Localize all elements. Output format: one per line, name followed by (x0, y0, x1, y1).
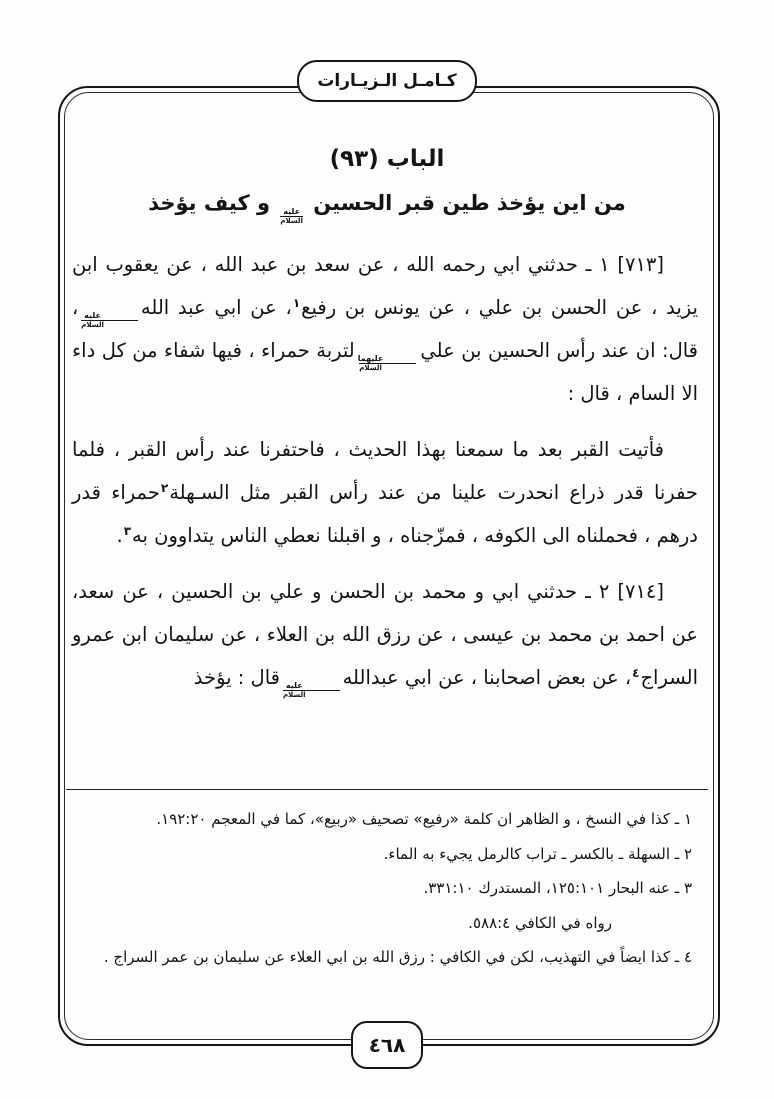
footnote-divider (66, 789, 708, 790)
footnote-2: ٢ ـ السهلة ـ بالكسر ـ تراب كالرمل يجيء ب… (80, 837, 692, 872)
hadith-713-cont-text: . (117, 524, 123, 547)
scanned-book-page: كـامـل الـزيـارات الباب (٩٣) من اين يؤخذ… (0, 0, 774, 1099)
footnotes-block: ١ ـ كذا في النسخ ، و الظاهر ان كلمة «رفي… (80, 802, 692, 975)
honorific-alayhis-salam: عليهالسلام (81, 312, 138, 329)
chapter-heading: الباب (٩٣) من اين يؤخذ طين قبر الحسين عل… (74, 146, 700, 225)
chapter-number: الباب (٩٣) (74, 146, 700, 172)
book-title-cartouche: كـامـل الـزيـارات (297, 60, 477, 102)
footnote-4: ٤ ـ كذا ايضاً في التهذيب، لكن في الكافي … (80, 940, 692, 975)
footnote-3-continuation: رواه في الكافي ٥٨٨:٤. (80, 906, 692, 941)
chapter-subtitle: من اين يؤخذ طين قبر الحسين عليه السلام و… (74, 186, 700, 225)
hadith-713: [٧١٣] ١ ـ حدثني ابي رحمه الله ، عن سعد ب… (72, 243, 698, 415)
honorific-alayhis-salam: عليه السلام (280, 208, 303, 225)
footnote-ref-1: ١ (292, 296, 301, 310)
chapter-subtitle-end: و كيف يؤخذ (148, 191, 270, 215)
hadith-714-text: ، عن بعض اصحابنا ، عن ابي عبدالله (343, 666, 632, 689)
hadith-714: [٧١٤] ٢ ـ حدثني ابي و محمد بن الحسن و عل… (72, 570, 698, 699)
book-title: كـامـل الـزيـارات (317, 71, 456, 91)
page-number: ٤٦٨ (369, 1033, 406, 1057)
footnote-1: ١ ـ كذا في النسخ ، و الظاهر ان كلمة «رفي… (80, 802, 692, 837)
honorific-alayhis-salam: عليهالسلام (283, 682, 340, 699)
footnote-ref-3: ٣ (123, 524, 132, 538)
footnote-3: ٣ ـ عنه البحار ١٢٥:١٠١، المستدرك ٣٣١:١٠. (80, 871, 692, 906)
chapter-subtitle-start: من اين يؤخذ طين قبر الحسين (313, 191, 625, 215)
hadith-714-text: قال : يؤخذ (194, 666, 280, 689)
honorific-alayhima-salam: عليهماالسلام (358, 355, 418, 372)
hadith-713-continuation: فأتيت القبر بعد ما سمعنا بهذا الحديث ، ف… (72, 428, 698, 557)
hadith-text-block: [٧١٣] ١ ـ حدثني ابي رحمه الله ، عن سعد ب… (72, 243, 698, 712)
footnote-ref-2: ٢ (160, 481, 169, 495)
hadith-713-text: ، عن ابي عبد الله (141, 296, 292, 319)
page-number-cartouche: ٤٦٨ (351, 1021, 423, 1069)
